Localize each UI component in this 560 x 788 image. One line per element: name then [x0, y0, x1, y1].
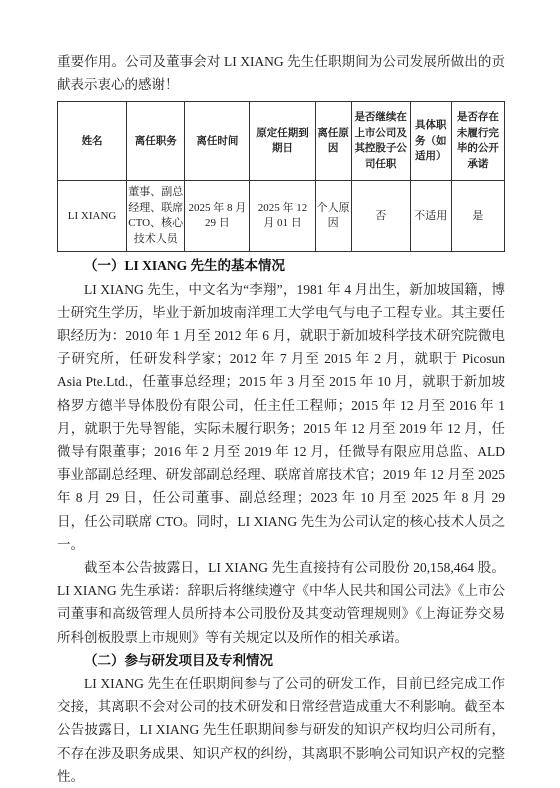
document-page: 重要作用。公司及董事会对 LI XIANG 先生任职期间为公司发展所做出的贡献表…	[0, 0, 560, 788]
header-original-term-expiry: 原定任期到期日	[250, 102, 315, 181]
intro-paragraph: 重要作用。公司及董事会对 LI XIANG 先生任职期间为公司发展所做出的贡献表…	[57, 50, 505, 96]
cell-departure-reason: 个人原因	[315, 181, 351, 252]
section2-paragraph-1: LI XIANG 先生在任职期间参与了公司的研发工作，目前已经完成工作交接，其离…	[57, 672, 505, 788]
section1-paragraph-2: 截至本公告披露日，LI XIANG 先生直接持有公司股份 20,158,464 …	[57, 556, 505, 649]
section1-paragraph-1: LI XIANG 先生，中文名为“李翔”，1981 年 4 月出生，新加坡国籍，…	[57, 278, 505, 556]
cell-continue-serving: 否	[351, 181, 410, 252]
section2-heading: （二）参与研发项目及专利情况	[57, 649, 505, 672]
header-name: 姓名	[58, 102, 127, 181]
departure-info-table: 姓名 离任职务 离任时间 原定任期到期日 离任原因 是否继续在上市公司及其控股子…	[57, 101, 505, 252]
cell-specific-position: 不适用	[410, 181, 451, 252]
cell-departure-time: 2025 年 8 月 29 日	[185, 181, 250, 252]
header-unfulfilled-commitments: 是否存在未履行完毕的公开承诺	[451, 102, 504, 181]
header-departure-time: 离任时间	[185, 102, 250, 181]
header-departed-position: 离任职务	[127, 102, 185, 181]
cell-name: LI XIANG	[58, 181, 127, 252]
table-header-row: 姓名 离任职务 离任时间 原定任期到期日 离任原因 是否继续在上市公司及其控股子…	[58, 102, 505, 181]
header-continue-serving: 是否继续在上市公司及其控股子公司任职	[351, 102, 410, 181]
section1-heading: （一）LI XIANG 先生的基本情况	[57, 254, 505, 277]
table-data-row: LI XIANG 董事、副总经理、联席CTO、核心技术人员 2025 年 8 月…	[58, 181, 505, 252]
header-specific-position: 具体职务（如适用）	[410, 102, 451, 181]
cell-departed-position: 董事、副总经理、联席CTO、核心技术人员	[127, 181, 185, 252]
cell-original-term-expiry: 2025 年 12 月 01 日	[250, 181, 315, 252]
cell-unfulfilled-commitments: 是	[451, 181, 504, 252]
header-departure-reason: 离任原因	[315, 102, 351, 181]
